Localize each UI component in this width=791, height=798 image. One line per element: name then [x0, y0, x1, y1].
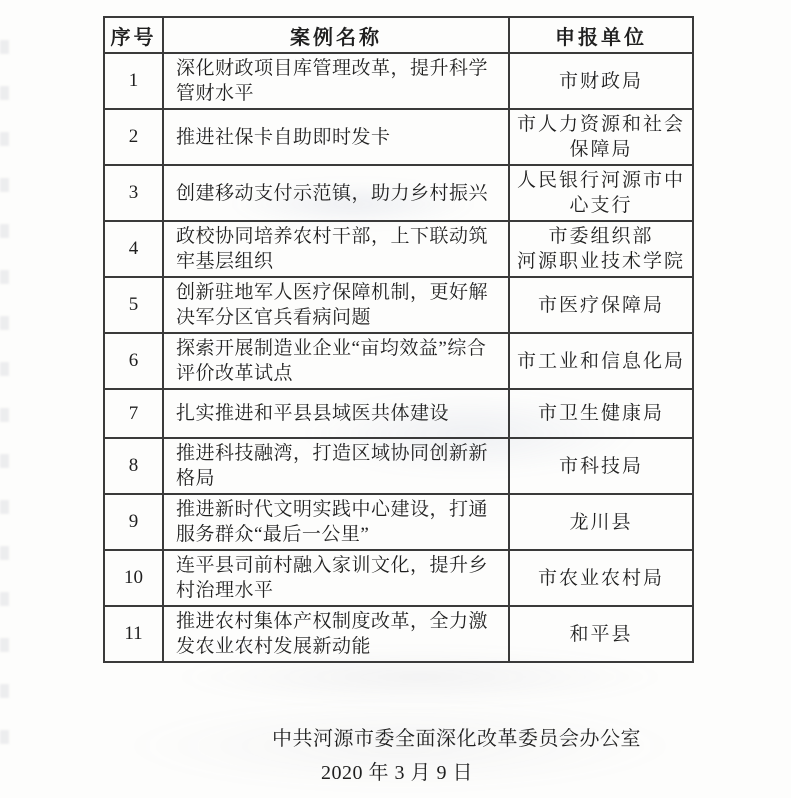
unit-cell: 市科技局	[509, 438, 693, 494]
case-name-cell: 推进社保卡自助即时发卡	[163, 109, 509, 165]
unit-cell: 和平县	[509, 606, 693, 662]
cases-table: 序号 案例名称 申报单位 1 深化财政项目库管理改革，提升科学管财水平 市财政局…	[103, 16, 694, 663]
case-no-cell: 4	[104, 221, 163, 277]
column-header-unit: 申报单位	[509, 17, 693, 53]
case-name-cell: 推进科技融湾，打造区域协同创新新格局	[163, 438, 509, 494]
table-row: 3 创建移动支付示范镇，助力乡村振兴 人民银行河源市中心支行	[104, 165, 693, 221]
table-row: 7 扎实推进和平县县域医共体建设 市卫生健康局	[104, 389, 693, 438]
unit-cell: 市卫生健康局	[509, 389, 693, 438]
case-name-cell: 创新驻地军人医疗保障机制，更好解决军分区官兵看病问题	[163, 277, 509, 333]
unit-cell: 市委组织部 河源职业技术学院	[509, 221, 693, 277]
case-no-cell: 10	[104, 550, 163, 606]
table-row: 5 创新驻地军人医疗保障机制，更好解决军分区官兵看病问题 市医疗保障局	[104, 277, 693, 333]
table-row: 9 推进新时代文明实践中心建设，打通服务群众“最后一公里” 龙川县	[104, 494, 693, 550]
case-no-cell: 5	[104, 277, 163, 333]
unit-cell: 市医疗保障局	[509, 277, 693, 333]
unit-cell: 龙川县	[509, 494, 693, 550]
unit-cell: 市农业农村局	[509, 550, 693, 606]
case-name-cell: 探索开展制造业企业“亩均效益”综合评价改革试点	[163, 333, 509, 389]
case-no-cell: 8	[104, 438, 163, 494]
table-row: 4 政校协同培养农村干部，上下联动筑牢基层组织 市委组织部 河源职业技术学院	[104, 221, 693, 277]
case-no-cell: 11	[104, 606, 163, 662]
table-header-row: 序号 案例名称 申报单位	[104, 17, 693, 53]
case-name-cell: 推进新时代文明实践中心建设，打通服务群众“最后一公里”	[163, 494, 509, 550]
table-row: 10 连平县司前村融入家训文化，提升乡村治理水平 市农业农村局	[104, 550, 693, 606]
case-name-cell: 创建移动支付示范镇，助力乡村振兴	[163, 165, 509, 221]
table-row: 11 推进农村集体产权制度改革，全力激发农业农村发展新动能 和平县	[104, 606, 693, 662]
table-row: 2 推进社保卡自助即时发卡 市人力资源和社会保障局	[104, 109, 693, 165]
case-no-cell: 1	[104, 53, 163, 109]
case-no-cell: 6	[104, 333, 163, 389]
table-row: 1 深化财政项目库管理改革，提升科学管财水平 市财政局	[104, 53, 693, 109]
document-page: 序号 案例名称 申报单位 1 深化财政项目库管理改革，提升科学管财水平 市财政局…	[0, 0, 791, 798]
table-row: 6 探索开展制造业企业“亩均效益”综合评价改革试点 市工业和信息化局	[104, 333, 693, 389]
case-no-cell: 2	[104, 109, 163, 165]
table-row: 8 推进科技融湾，打造区域协同创新新格局 市科技局	[104, 438, 693, 494]
issuing-office: 中共河源市委全面深化改革委员会办公室	[272, 722, 641, 751]
scan-artifact	[0, 40, 9, 750]
unit-cell: 市人力资源和社会保障局	[509, 109, 693, 165]
unit-cell: 人民银行河源市中心支行	[509, 165, 693, 221]
case-no-cell: 9	[104, 494, 163, 550]
column-header-name: 案例名称	[163, 17, 509, 53]
unit-cell: 市财政局	[509, 53, 693, 109]
case-name-cell: 扎实推进和平县县域医共体建设	[163, 389, 509, 438]
case-name-cell: 推进农村集体产权制度改革，全力激发农业农村发展新动能	[163, 606, 509, 662]
unit-cell: 市工业和信息化局	[509, 333, 693, 389]
issue-date: 2020 年 3 月 9 日	[321, 756, 473, 785]
case-no-cell: 7	[104, 389, 163, 438]
case-no-cell: 3	[104, 165, 163, 221]
case-name-cell: 连平县司前村融入家训文化，提升乡村治理水平	[163, 550, 509, 606]
case-name-cell: 深化财政项目库管理改革，提升科学管财水平	[163, 53, 509, 109]
case-name-cell: 政校协同培养农村干部，上下联动筑牢基层组织	[163, 221, 509, 277]
column-header-no: 序号	[104, 17, 163, 53]
